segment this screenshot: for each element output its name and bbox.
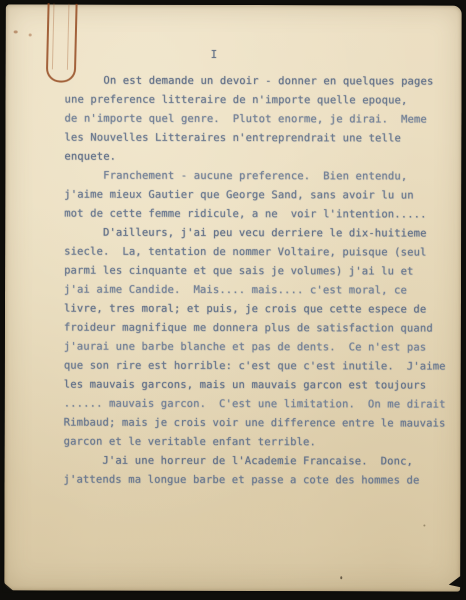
- typescript-line: j'ai aime Candide. Mais.... mais.... c'e…: [64, 281, 444, 301]
- typescript-line: que son rire est horrible: c'est que c'e…: [64, 357, 444, 377]
- paper-fold-bottom-left: [2, 581, 15, 592]
- typescript-line: une preference litteraire de n'importe q…: [64, 91, 444, 111]
- typescript-line: mot de cette femme ridicule, a ne voir l…: [64, 205, 444, 225]
- typescript-line: garcon et le veritable enfant terrible.: [64, 433, 444, 453]
- typescript-line: j'attends ma longue barbe et passe a cot…: [63, 471, 443, 491]
- typescript-body: On est demande un devoir - donner en que…: [63, 72, 444, 491]
- typescript-line: D'ailleurs, j'ai peu vecu derriere le di…: [64, 224, 444, 244]
- typescript-line: parmi les cinquante et que sais je volum…: [64, 262, 444, 282]
- typescript-line: livre, tres moral; et puis, je crois que…: [64, 300, 444, 320]
- typescript-line: Franchement - aucune preference. Bien en…: [64, 167, 444, 187]
- dust-speck: [423, 524, 425, 526]
- typescript-line: froideur magnifique me donnera plus de s…: [64, 319, 444, 339]
- dust-speck: [340, 576, 342, 579]
- rust-speck: [29, 33, 32, 36]
- paper-tear-bottom-right: [447, 575, 462, 588]
- typescript-line: j'aime mieux Gautier que George Sand, sa…: [64, 186, 444, 206]
- typescript-line: ...... mauvais garcon. C'est une limitat…: [64, 395, 444, 415]
- paperclip-mark-inner: [52, 3, 70, 69]
- rust-speck: [14, 30, 18, 33]
- page-number: I: [211, 48, 218, 62]
- photograph: I On est demande un devoir - donner en q…: [0, 0, 466, 600]
- typescript-line: de n'importe quel genre. Plutot enorme, …: [64, 110, 444, 130]
- typescript-line: j'aurai une barbe blanche et pas de dent…: [64, 338, 444, 358]
- typescript-line: On est demande un devoir - donner en que…: [65, 72, 445, 92]
- typescript-line: J'ai une horreur de l'Academie Francaise…: [64, 452, 444, 472]
- typescript-line: les mauvais garcons, mais un mauvais gar…: [64, 376, 444, 396]
- typescript-line: les Nouvelles Litteraires n'entreprendra…: [64, 129, 444, 149]
- manuscript-page: I On est demande un devoir - donner en q…: [4, 4, 462, 591]
- typescript-line: siecle. La, tentation de nommer Voltaire…: [64, 243, 444, 263]
- typescript-line: enquete.: [64, 148, 444, 168]
- typescript-line: Rimbaud; mais je crois voir une differen…: [64, 414, 444, 434]
